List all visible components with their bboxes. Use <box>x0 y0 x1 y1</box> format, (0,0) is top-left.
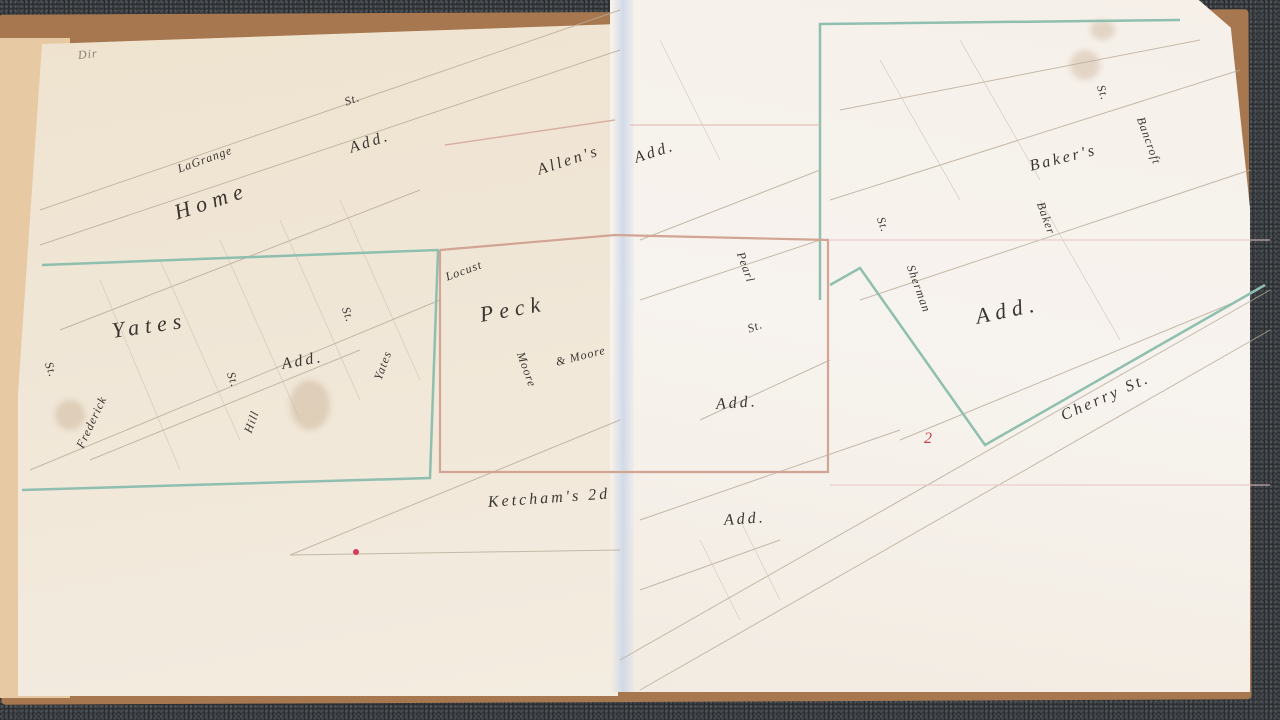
plat-linework <box>0 0 1280 720</box>
addition-suffix-ketchams: Add. <box>723 509 766 530</box>
red-lot-number: 2 <box>924 430 935 448</box>
corner-note: Dir <box>77 46 98 63</box>
addition-suffix-middle: Add. <box>715 393 758 414</box>
